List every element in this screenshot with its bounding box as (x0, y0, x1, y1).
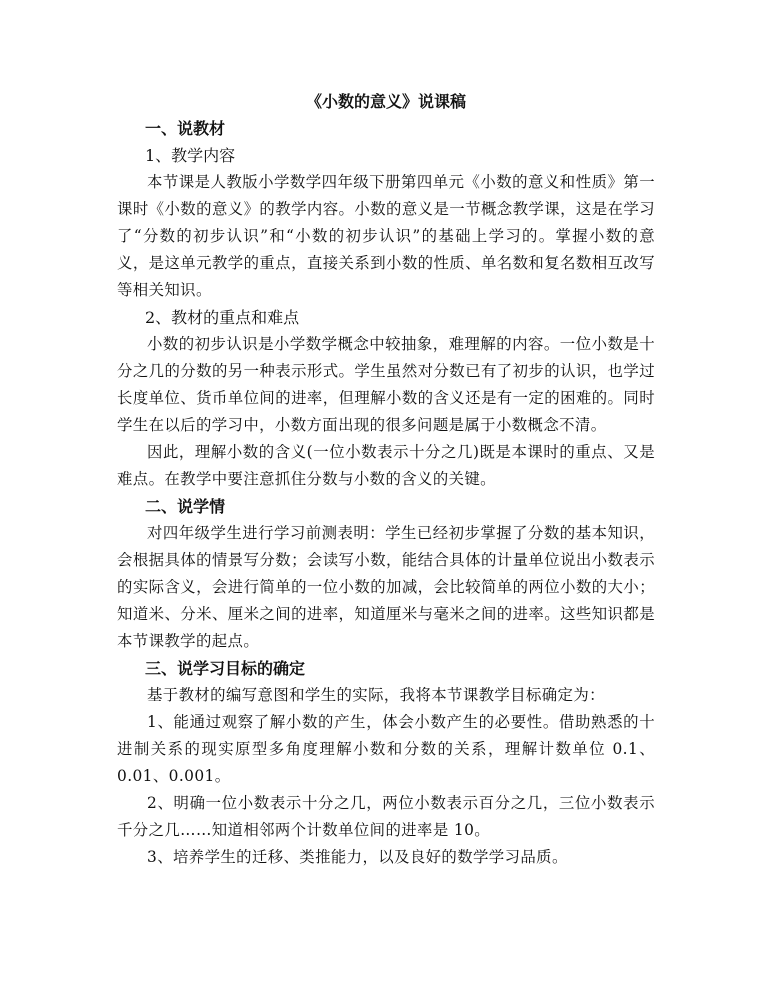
objective-1: 1、能通过观察了解小数的产生，体会小数产生的必要性。借助熟悉的十进制关系的现实原… (117, 709, 655, 790)
subsection-heading: 1、教学内容 (117, 142, 655, 169)
section-heading: 二、说学情 (117, 493, 655, 520)
document-page: 《小数的意义》说课稿 一、说教材 1、教学内容 本节课是人教版小学数学四年级下册… (117, 88, 655, 871)
paragraph: 对四年级学生进行学习前测表明：学生已经初步掌握了分数的基本知识，会根据具体的情景… (117, 520, 655, 655)
paragraph: 本节课是人教版小学数学四年级下册第四单元《小数的意义和性质》第一课时《小数的意义… (117, 169, 655, 304)
paragraph: 基于教材的编写意图和学生的实际，我将本节课教学目标确定为： (117, 682, 655, 709)
section-heading: 三、说学习目标的确定 (117, 655, 655, 682)
objective-2: 2、明确一位小数表示十分之几，两位小数表示百分之几，三位小数表示千分之几……知道… (117, 790, 655, 844)
paragraph: 小数的初步认识是小学数学概念中较抽象，难理解的内容。一位小数是十分之几的分数的另… (117, 331, 655, 439)
section-textbook: 一、说教材 1、教学内容 本节课是人教版小学数学四年级下册第四单元《小数的意义和… (117, 115, 655, 493)
document-title: 《小数的意义》说课稿 (117, 88, 655, 115)
subsection-heading: 2、教材的重点和难点 (117, 304, 655, 331)
section-heading: 一、说教材 (117, 115, 655, 142)
objective-3: 3、培养学生的迁移、类推能力，以及良好的数学学习品质。 (117, 844, 655, 871)
paragraph: 因此，理解小数的含义(一位小数表示十分之几)既是本课时的重点、又是难点。在教学中… (117, 439, 655, 493)
subsection-teaching-content: 1、教学内容 本节课是人教版小学数学四年级下册第四单元《小数的意义和性质》第一课… (117, 142, 655, 304)
subsection-key-points: 2、教材的重点和难点 小数的初步认识是小学数学概念中较抽象，难理解的内容。一位小… (117, 304, 655, 493)
section-learning-objectives: 三、说学习目标的确定 基于教材的编写意图和学生的实际，我将本节课教学目标确定为：… (117, 655, 655, 871)
section-student-analysis: 二、说学情 对四年级学生进行学习前测表明：学生已经初步掌握了分数的基本知识，会根… (117, 493, 655, 655)
